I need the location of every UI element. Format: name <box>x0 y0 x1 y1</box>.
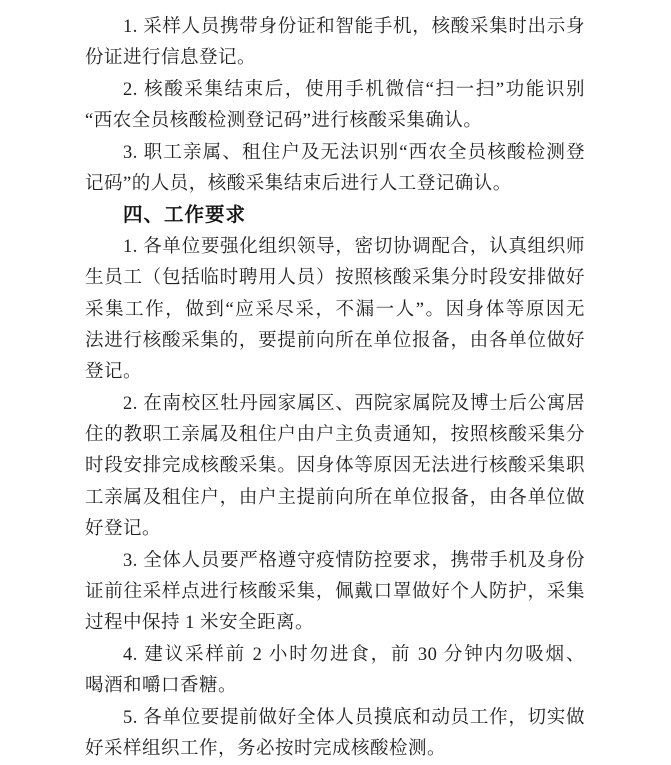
paragraph: 1. 采样人员携带身份证和智能手机，核酸采集时出示身份证进行信息登记。 <box>85 12 585 75</box>
text-line: 4. 建议采样前 2 小时勿进食，前 30 分钟内勿吸烟、 <box>85 640 585 671</box>
paragraph: 3. 职工亲属、租住户及无法识别“西农全员核酸检测登记码”的人员，核酸采集结束后… <box>85 138 585 201</box>
text-line: “西农全员核酸检测登记码”进行核酸采集确认。 <box>85 106 585 137</box>
text-line: 份证进行信息登记。 <box>85 43 585 74</box>
text-line: 2. 在南校区牡丹园家属区、西院家属院及博士后公寓居 <box>85 389 585 420</box>
paragraph: 1. 各单位要强化组织领导，密切协调配合，认真组织师生员工（包括临时聘用人员）按… <box>85 232 585 389</box>
document-page: 1. 采样人员携带身份证和智能手机，核酸采集时出示身份证进行信息登记。2. 核酸… <box>0 0 671 765</box>
paragraph: 3. 全体人员要严格遵守疫情防控要求，携带手机及身份证前往采样点进行核酸采集，佩… <box>85 546 585 640</box>
text-line: 登记。 <box>85 357 585 388</box>
text-line: 1. 采样人员携带身份证和智能手机，核酸采集时出示身 <box>85 12 585 43</box>
text-line: 喝酒和嚼口香糖。 <box>85 671 585 702</box>
heading-line: 四、工作要求 <box>85 200 585 231</box>
text-line: 1. 各单位要强化组织领导，密切协调配合，认真组织师 <box>85 232 585 263</box>
text-line: 好登记。 <box>85 514 585 545</box>
paragraph: 5. 各单位要提前做好全体人员摸底和动员工作，切实做好采样组织工作，务必按时完成… <box>85 703 585 765</box>
text-line: 5. 各单位要提前做好全体人员摸底和动员工作，切实做 <box>85 703 585 734</box>
text-line: 采集工作，做到“应采尽采，不漏一人”。因身体等原因无 <box>85 295 585 326</box>
text-line: 2. 核酸采集结束后，使用手机微信“扫一扫”功能识别 <box>85 75 585 106</box>
paragraph: 2. 在南校区牡丹园家属区、西院家属院及博士后公寓居住的教职工亲属及租住户由户主… <box>85 389 585 546</box>
document-body: 1. 采样人员携带身份证和智能手机，核酸采集时出示身份证进行信息登记。2. 核酸… <box>85 12 585 765</box>
section-heading: 四、工作要求 <box>85 200 585 231</box>
text-line: 法进行核酸采集的，要提前向所在单位报备，由各单位做好 <box>85 326 585 357</box>
text-line: 3. 全体人员要严格遵守疫情防控要求，携带手机及身份 <box>85 546 585 577</box>
text-line: 3. 职工亲属、租住户及无法识别“西农全员核酸检测登 <box>85 138 585 169</box>
paragraph: 2. 核酸采集结束后，使用手机微信“扫一扫”功能识别“西农全员核酸检测登记码”进… <box>85 75 585 138</box>
text-line: 住的教职工亲属及租住户由户主负责通知，按照核酸采集分 <box>85 420 585 451</box>
text-line: 生员工（包括临时聘用人员）按照核酸采集分时段安排做好 <box>85 263 585 294</box>
text-line: 好采样组织工作，务必按时完成核酸检测。 <box>85 734 585 765</box>
text-line: 记码”的人员，核酸采集结束后进行人工登记确认。 <box>85 169 585 200</box>
text-line: 过程中保持 1 米安全距离。 <box>85 608 585 639</box>
text-line: 时段安排完成核酸采集。因身体等原因无法进行核酸采集职 <box>85 451 585 482</box>
paragraph: 4. 建议采样前 2 小时勿进食，前 30 分钟内勿吸烟、喝酒和嚼口香糖。 <box>85 640 585 703</box>
text-line: 工亲属及租住户，由户主提前向所在单位报备，由各单位做 <box>85 483 585 514</box>
text-line: 证前往采样点进行核酸采集，佩戴口罩做好个人防护，采集 <box>85 577 585 608</box>
